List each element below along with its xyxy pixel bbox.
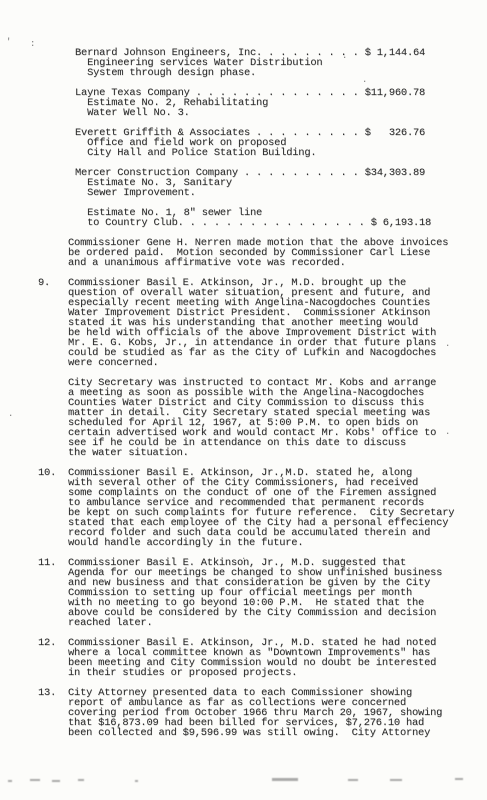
scan-artifact [52, 780, 60, 782]
scanned-minutes-page: Bernard Johnson Engineers, Inc. . . . . … [0, 0, 487, 800]
invoice-entry: Estimate No. 1, 8" sewer line to Country… [75, 208, 479, 228]
scan-speckle: . [8, 410, 13, 419]
agenda-item-11: 11. Commissioner Basil E. Atkinson, Jr.,… [38, 558, 479, 628]
invoice-entry: Layne Texas Company . . . . . . . . . . … [75, 88, 479, 118]
page-content: Bernard Johnson Engineers, Inc. . . . . … [38, 48, 479, 748]
agenda-item-13: 13. City Attorney presented data to each… [38, 688, 479, 738]
agenda-item-10: 10. Commissioner Basil E. Atkinson, Jr.,… [38, 468, 479, 548]
scan-artifact [348, 779, 358, 781]
scan-artifact [455, 778, 463, 780]
agenda-item-text: Commissioner Basil E. Atkinson, Jr., M.D… [68, 558, 479, 628]
agenda-item-number: 9. [38, 278, 68, 458]
scan-speckle: . [362, 76, 367, 85]
agenda-item-12: 12. Commissioner Basil E. Atkinson, Jr.,… [38, 638, 479, 678]
scan-artifact [135, 780, 138, 782]
scan-speckle: . [445, 340, 450, 349]
agenda-item-9: 9. Commissioner Basil E. Atkinson, Jr., … [38, 278, 479, 458]
agenda-item-text: City Attorney presented data to each Com… [68, 688, 479, 738]
scan-artifact [390, 779, 402, 781]
agenda-item-number: 10. [38, 468, 68, 548]
invoice-entry: Everett Griffith & Associates . . . . . … [75, 128, 479, 158]
scan-artifact [272, 778, 298, 781]
scan-artifact [78, 779, 84, 781]
scan-artifact [8, 780, 12, 782]
scan-speckle: : [30, 40, 35, 49]
invoice-entry: Bernard Johnson Engineers, Inc. . . . . … [75, 48, 479, 78]
agenda-item-text: Commissioner Basil E. Atkinson, Jr.,M.D.… [68, 468, 479, 548]
invoice-list: Bernard Johnson Engineers, Inc. . . . . … [38, 48, 479, 228]
agenda-item-text: Commissioner Basil E. Atkinson, Jr., M.D… [68, 638, 479, 678]
invoice-entry: Mercer Construction Company . . . . . . … [75, 168, 479, 198]
agenda-item-number: 11. [38, 558, 68, 628]
agenda-item-number: 12. [38, 638, 68, 678]
scan-artifact [30, 779, 40, 781]
scan-speckle: . [241, 553, 246, 562]
agenda-item-number: 13. [38, 688, 68, 738]
scan-speckle: . [445, 428, 450, 437]
motion-paragraph: Commissioner Gene H. Nerren made motion … [68, 238, 479, 268]
scan-speckle: ' [6, 38, 11, 47]
agenda-item-text: Commissioner Basil E. Atkinson, Jr., M.D… [68, 278, 479, 458]
scan-speckle: . [342, 52, 347, 61]
